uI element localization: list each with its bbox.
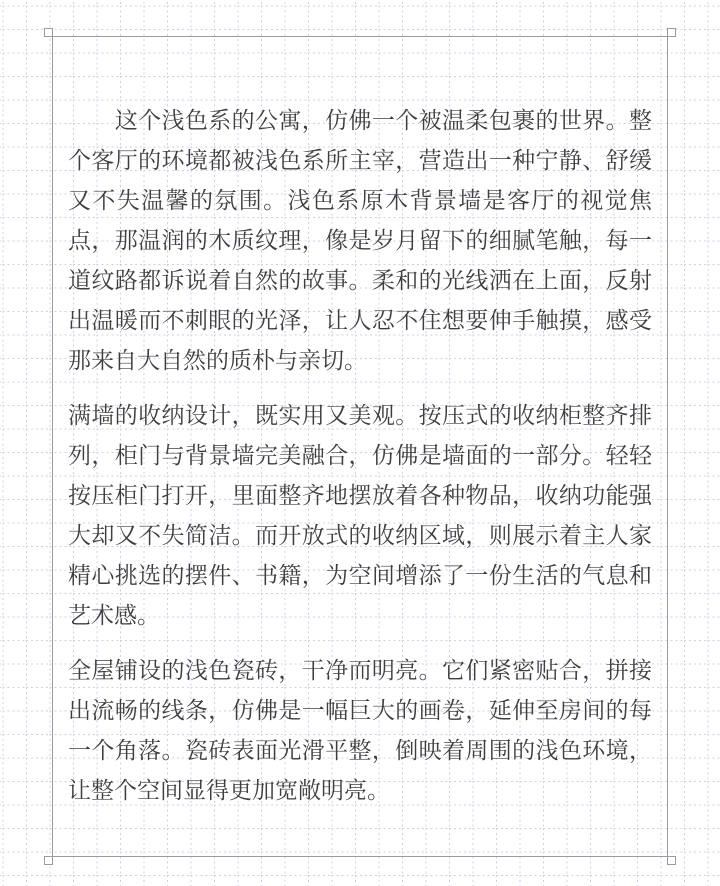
text-line: 一个角落。瓷砖表面光滑平整，倒映着周围的浅色环境， [68, 730, 652, 770]
resize-handle-top-left[interactable] [44, 28, 53, 37]
text-line: 艺术感。 [68, 595, 652, 635]
text-line: 这个浅色系的公寓，仿佛一个被温柔包裹的世界。整 [68, 100, 652, 140]
text-line: 点，那温润的木质纹理，像是岁月留下的细腻笔触，每一 [68, 220, 652, 260]
text-line: 又不失温馨的氛围。浅色系原木背景墙是客厅的视觉焦 [68, 180, 652, 220]
text-line: 那来自大自然的质朴与亲切。 [68, 340, 652, 380]
text-line: 让整个空间显得更加宽敞明亮。 [68, 770, 652, 810]
paragraph: 全屋铺设的浅色瓷砖，干净而明亮。它们紧密贴合，拼接出流畅的线条，仿佛是一幅巨大的… [68, 650, 652, 810]
text-line: 按压柜门打开，里面整齐地摆放着各种物品，收纳功能强 [68, 475, 652, 515]
text-line: 出温暖而不刺眼的光泽，让人忍不住想要伸手触摸，感受 [68, 300, 652, 340]
text-line: 出流畅的线条，仿佛是一幅巨大的画卷，延伸至房间的每 [68, 690, 652, 730]
text-line: 满墙的收纳设计，既实用又美观。按压式的收纳柜整齐排 [68, 395, 652, 435]
resize-handle-top-right[interactable] [667, 28, 676, 37]
resize-handle-bottom-right[interactable] [667, 856, 676, 865]
paragraph: 这个浅色系的公寓，仿佛一个被温柔包裹的世界。整个客厅的环境都被浅色系所主宰，营造… [68, 100, 652, 380]
text-block[interactable]: 这个浅色系的公寓，仿佛一个被温柔包裹的世界。整个客厅的环境都被浅色系所主宰，营造… [68, 100, 652, 825]
text-line: 个客厅的环境都被浅色系所主宰，营造出一种宁静、舒缓 [68, 140, 652, 180]
paragraph: 满墙的收纳设计，既实用又美观。按压式的收纳柜整齐排列，柜门与背景墙完美融合，仿佛… [68, 395, 652, 635]
text-line: 道纹路都诉说着自然的故事。柔和的光线洒在上面，反射 [68, 260, 652, 300]
text-line: 全屋铺设的浅色瓷砖，干净而明亮。它们紧密贴合，拼接 [68, 650, 652, 690]
resize-handle-bottom-left[interactable] [44, 856, 53, 865]
text-line: 精心挑选的摆件、书籍，为空间增添了一份生活的气息和 [68, 555, 652, 595]
text-line: 列，柜门与背景墙完美融合，仿佛是墙面的一部分。轻轻 [68, 435, 652, 475]
text-line: 大却又不失简洁。而开放式的收纳区域，则展示着主人家 [68, 515, 652, 555]
